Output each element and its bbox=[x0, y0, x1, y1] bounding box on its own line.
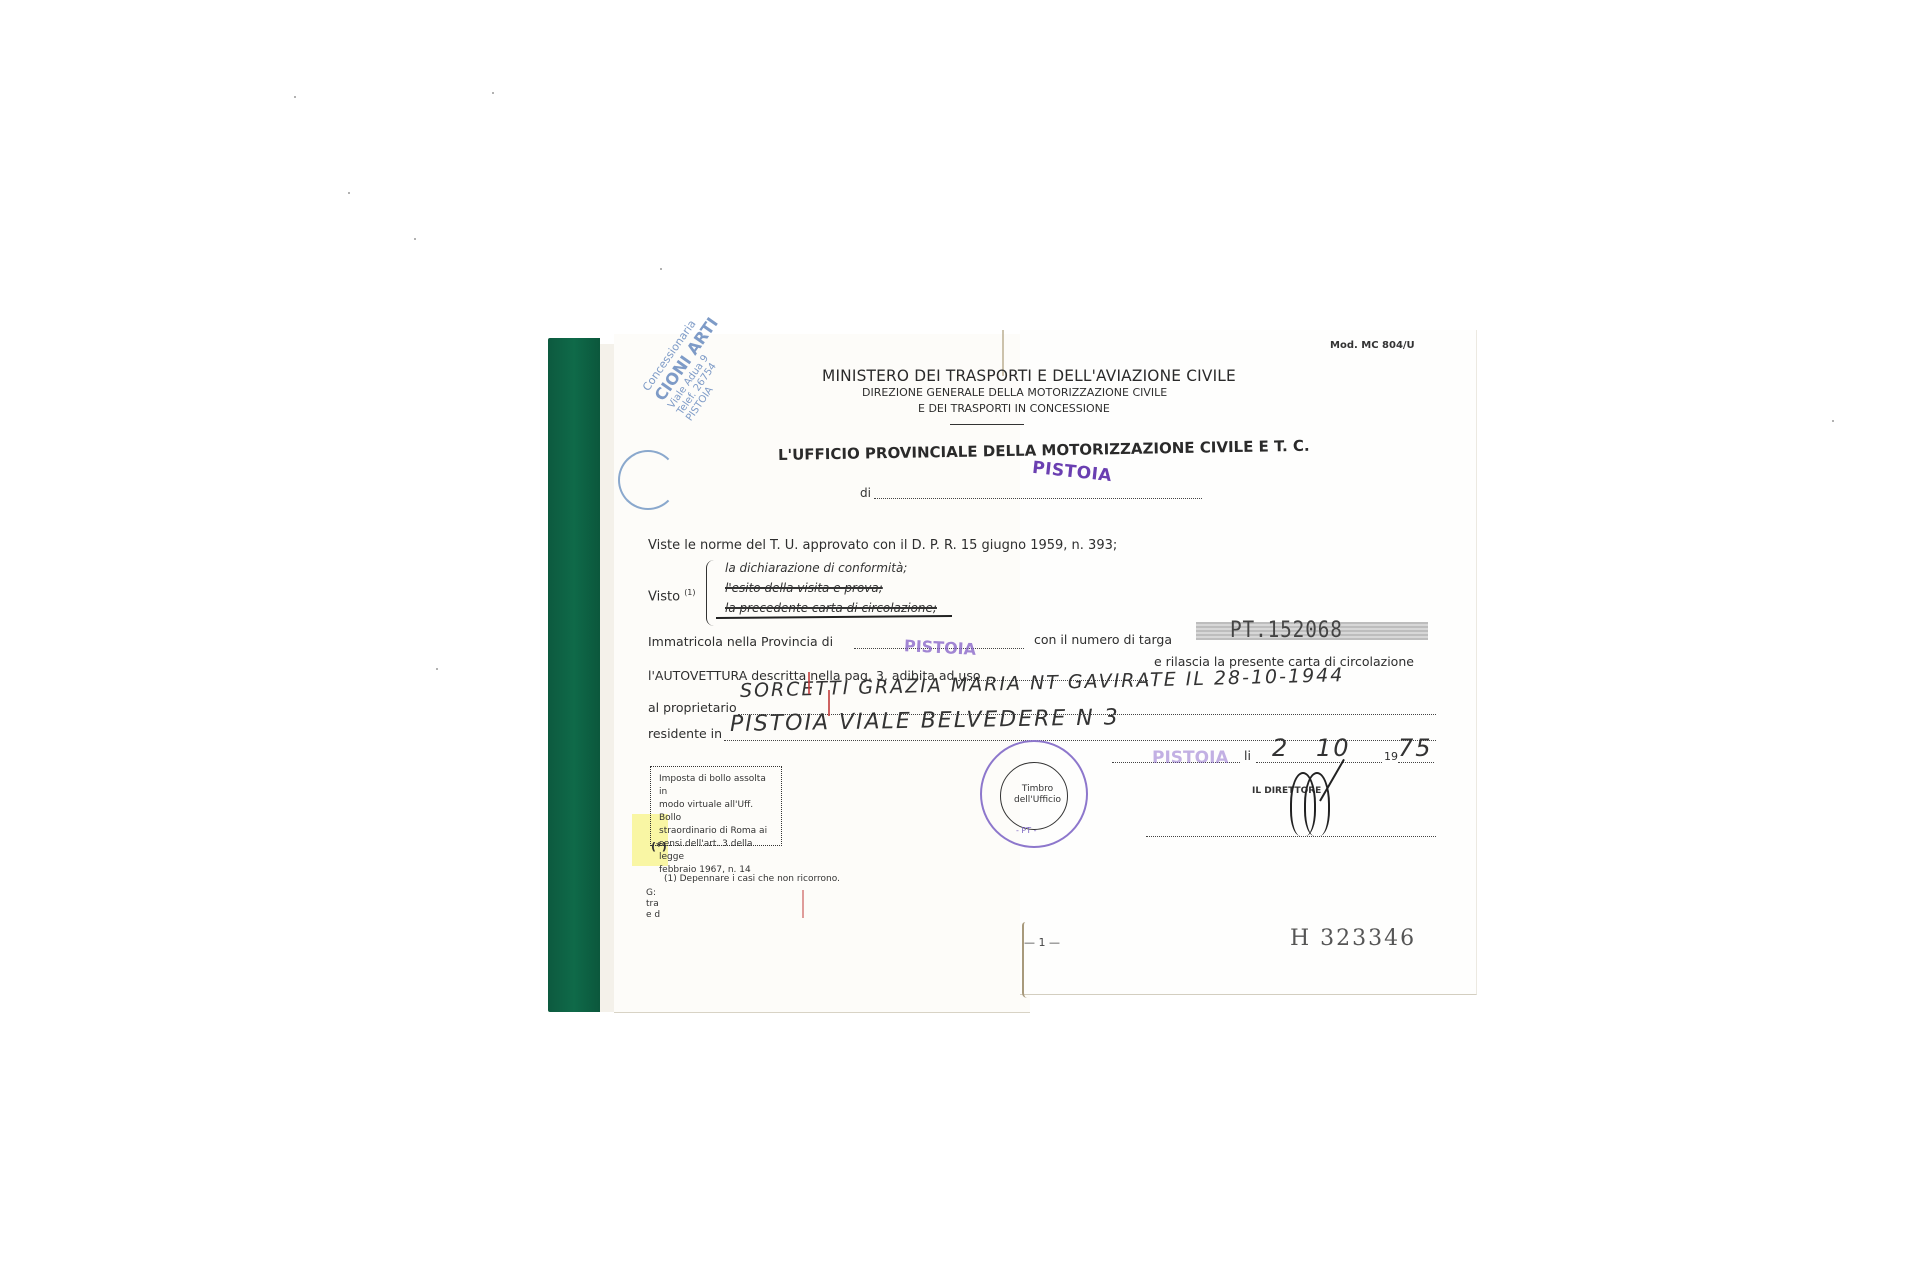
tax-box-line: modo virtuale all'Uff. Bollo bbox=[659, 799, 775, 825]
speck bbox=[294, 96, 296, 98]
plate-label: con il numero di targa bbox=[1034, 632, 1172, 647]
year-field-line bbox=[1398, 762, 1434, 763]
page-number: — 1 — bbox=[1024, 936, 1060, 949]
office-seal-text: Timbro dell'Ufficio bbox=[1014, 784, 1061, 806]
visto-text: Visto bbox=[648, 589, 680, 604]
speck bbox=[492, 92, 494, 94]
fragment-line: tra bbox=[646, 899, 660, 910]
place-stamp: PISTOIA bbox=[1152, 748, 1229, 768]
ministry-subtitle: DIREZIONE GENERALE DELLA MOTORIZZAZIONE … bbox=[862, 386, 1167, 399]
tax-box-line: Imposta di bollo assolta in bbox=[659, 773, 775, 799]
di-label: di bbox=[860, 486, 871, 500]
di-field-line bbox=[874, 498, 1202, 499]
visto-label: Visto (1) bbox=[648, 588, 696, 604]
green-spine bbox=[548, 338, 600, 1012]
page-edges bbox=[600, 344, 615, 1012]
tax-box-line: straordinario di Roma ai bbox=[659, 825, 775, 838]
page-fold bbox=[1022, 922, 1027, 998]
year-prefix: 19 bbox=[1384, 750, 1398, 763]
visto-note-ref: (1) bbox=[684, 588, 695, 597]
tax-box-line: sensi dell'art. 3 della legge bbox=[659, 838, 775, 864]
fragment-line: e d bbox=[646, 910, 660, 921]
visto-item: la dichiarazione di conformità; bbox=[725, 561, 907, 575]
dealer-stamp-ring bbox=[618, 450, 678, 510]
li-label: li bbox=[1244, 748, 1251, 763]
signature bbox=[1304, 772, 1330, 836]
tax-box-asterisk: (*) bbox=[651, 840, 667, 853]
plate-number: PT.152068 bbox=[1230, 618, 1343, 643]
serial-number: H 323346 bbox=[1290, 926, 1416, 951]
header-rule bbox=[950, 424, 1024, 425]
seal-line: dell'Ufficio bbox=[1014, 795, 1061, 806]
visto-item-struck: l'esito della visita e prova; bbox=[725, 581, 883, 595]
red-mark bbox=[808, 672, 810, 694]
ministry-title: MINISTERO DEI TRASPORTI E DELL'AVIAZIONE… bbox=[822, 366, 1236, 385]
form-code: Mod. MC 804/U bbox=[1330, 340, 1415, 351]
province-label: Immatricola nella Provincia di bbox=[648, 634, 833, 649]
speck bbox=[1832, 420, 1834, 422]
signature-field-line bbox=[1146, 836, 1436, 837]
seal-bottom-text: - PT - bbox=[1016, 826, 1037, 835]
residence-label: residente in bbox=[648, 726, 722, 741]
tax-stamp-box: Imposta di bollo assolta in modo virtual… bbox=[650, 766, 782, 846]
date-month: 10 bbox=[1316, 734, 1351, 762]
owner-label: al proprietario bbox=[648, 700, 737, 715]
red-mark bbox=[828, 690, 830, 716]
speck bbox=[436, 668, 438, 670]
date-year: 75 bbox=[1398, 734, 1433, 762]
preamble: Viste le norme del T. U. approvato con i… bbox=[648, 538, 1117, 553]
red-mark bbox=[802, 890, 804, 918]
province-stamp: PISTOIA bbox=[904, 636, 977, 659]
speck bbox=[348, 192, 350, 194]
date-field-line bbox=[1256, 762, 1382, 763]
visto-item-struck: la precedente carta di circolazione; bbox=[725, 601, 937, 615]
ministry-subtitle: E DEI TRASPORTI IN CONCESSIONE bbox=[918, 402, 1110, 415]
footnote: (1) Depennare i casi che non ricorrono. bbox=[664, 874, 840, 884]
speck bbox=[660, 268, 662, 270]
fragment-line: G: bbox=[646, 888, 660, 899]
speck bbox=[414, 238, 416, 240]
footnote-fragment: G: tra e d bbox=[646, 888, 660, 921]
date-day: 2 bbox=[1272, 734, 1289, 762]
seal-line: Timbro bbox=[1014, 784, 1061, 795]
